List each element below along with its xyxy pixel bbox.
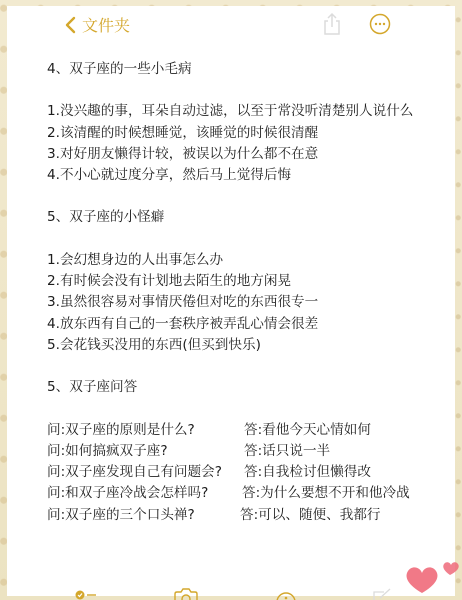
answer: 答:可以、随便、我都行 — [240, 505, 381, 526]
note-page: 文件夹 4、双子座的一些小毛病 1.没兴趣的事，耳朵自动过滤，以至于常没听清楚别… — [7, 6, 455, 596]
share-icon[interactable] — [322, 12, 342, 36]
chevron-left-icon — [64, 16, 76, 34]
list-item: 4.放东西有自己的一套秩序被弄乱心情会很差 — [47, 314, 447, 335]
qa-row: 问:如何搞疯双子座?答:话只说一半 — [47, 441, 447, 462]
hearts-sticker-icon — [400, 555, 462, 595]
checklist-icon[interactable] — [74, 588, 98, 600]
qa-row: 问:双子座的原则是什么?答:看他今天心情如何 — [47, 420, 447, 441]
question: 问:双子座的原则是什么? — [47, 420, 244, 441]
question: 问:双子座发现自己有问题会? — [47, 462, 244, 483]
section-heading: 5、双子座问答 — [47, 377, 447, 398]
answer: 答:话只说一半 — [244, 441, 330, 462]
note-body[interactable]: 4、双子座的一些小毛病 1.没兴趣的事，耳朵自动过滤，以至于常没听清楚别人说什么… — [47, 59, 447, 526]
list-item: 1.没兴趣的事，耳朵自动过滤，以至于常没听清楚别人说什么 — [47, 101, 447, 122]
qa-row: 问:双子座发现自己有问题会?答:自我检讨但懒得改 — [47, 462, 447, 483]
qa-row: 问:和双子座冷战会怎样吗?答:为什么要想不开和他冷战 — [47, 483, 447, 504]
list-item: 2.有时候会没有计划地去陌生的地方闲晃 — [47, 271, 447, 292]
section-heading: 4、双子座的一些小毛病 — [47, 59, 447, 80]
list-item: 3.虽然很容易对事情厌倦但对吃的东西很专一 — [47, 292, 447, 313]
more-ellipsis-icon[interactable] — [369, 13, 391, 35]
list-item: 4.不小心就过度分享，然后马上觉得后悔 — [47, 165, 447, 186]
navbar: 文件夹 — [7, 6, 455, 42]
answer: 答:自我检讨但懒得改 — [244, 462, 371, 483]
back-label: 文件夹 — [82, 13, 130, 36]
list-item: 1.会幻想身边的人出事怎么办 — [47, 250, 447, 271]
answer: 答:为什么要想不开和他冷战 — [242, 483, 410, 504]
camera-icon[interactable] — [173, 588, 199, 600]
list-item: 3.对好朋友懒得计较，被误以为什么都不在意 — [47, 144, 447, 165]
list-item: 2.该清醒的时候想睡觉，该睡觉的时候很清醒 — [47, 123, 447, 144]
markup-pen-icon[interactable] — [275, 588, 297, 600]
question: 问:双子座的三个口头禅? — [47, 505, 240, 526]
question: 问:如何搞疯双子座? — [47, 441, 244, 462]
question: 问:和双子座冷战会怎样吗? — [47, 483, 242, 504]
qa-row: 问:双子座的三个口头禅?答:可以、随便、我都行 — [47, 505, 447, 526]
back-button[interactable]: 文件夹 — [64, 13, 130, 36]
bottom-toolbar — [7, 580, 455, 596]
compose-icon[interactable] — [372, 588, 392, 600]
list-item: 5.会花钱买没用的东西(但买到快乐) — [47, 335, 447, 356]
answer: 答:看他今天心情如何 — [244, 420, 371, 441]
section-heading: 5、双子座的小怪癖 — [47, 207, 447, 228]
